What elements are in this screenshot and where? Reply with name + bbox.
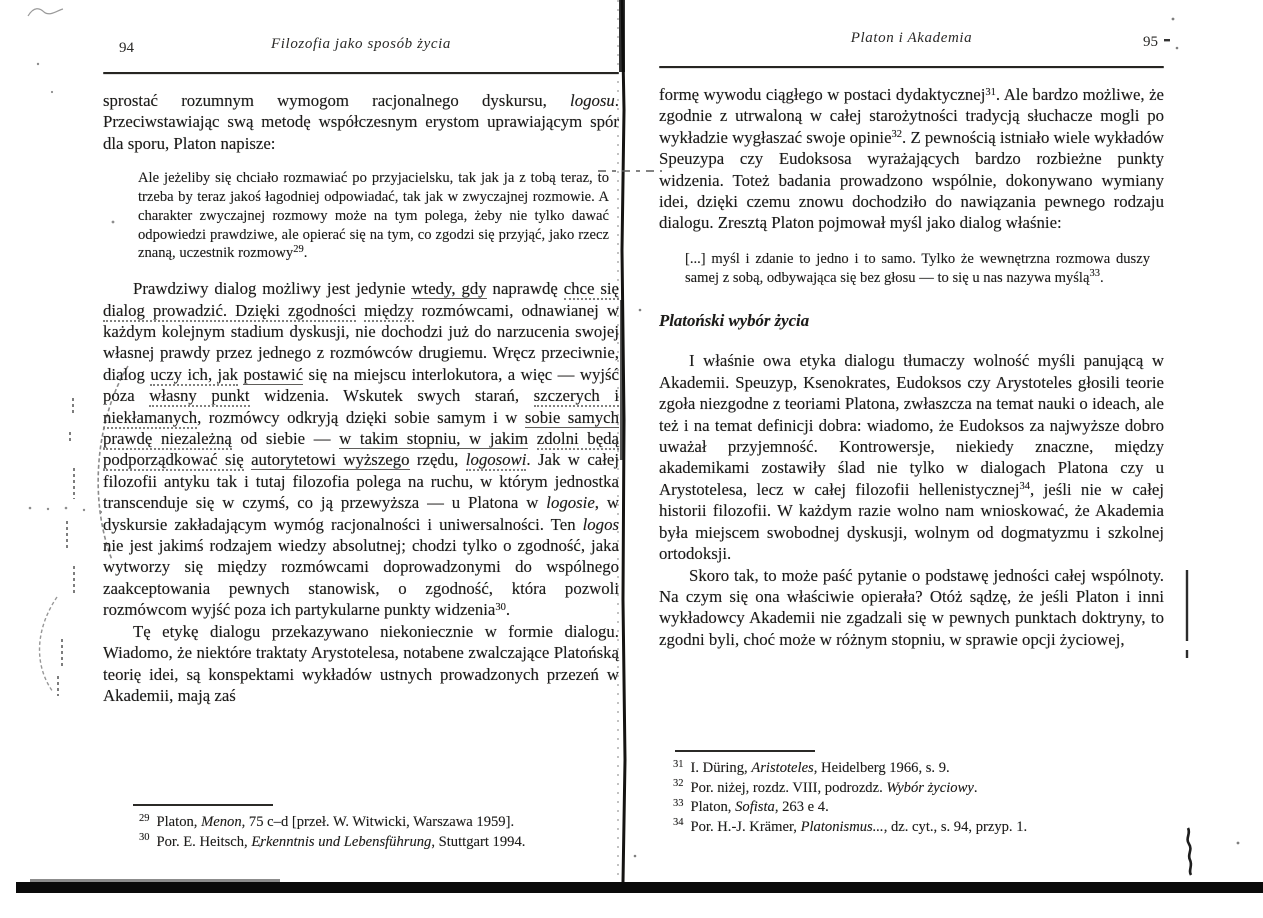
book-scan: 94 Filozofia jako sposób życia sprostać … <box>0 0 1263 918</box>
page-number-right: 95 <box>1143 34 1158 51</box>
footnote-text: Platon, Menon, 75 c–d [przeł. W. Witwick… <box>157 814 515 830</box>
right-page: Platon i Akademia 95 formę wywodu ciągłe… <box>659 30 1164 650</box>
running-header-right: Platon i Akademia <box>659 30 1164 47</box>
running-header-left: Filozofia jako sposób życia <box>103 36 619 53</box>
footnote-rule-right <box>675 750 815 752</box>
footnote-number: 30 <box>139 832 150 843</box>
page-gutter-line <box>622 0 625 882</box>
block-quote: [...] myśl i zdanie to jedno i to samo. … <box>685 250 1150 288</box>
left-page: 94 Filozofia jako sposób życia sprostać … <box>103 36 619 706</box>
paragraph: Tę etykę dialogu przekazywano niekoniecz… <box>103 621 619 707</box>
footnote-text: Por. niżej, rozdz. VIII, podrozdz. Wybór… <box>691 780 978 796</box>
page-header-right: Platon i Akademia 95 <box>659 30 1164 60</box>
footnote-text: Por. E. Heitsch, Erkenntnis und Lebensfü… <box>157 834 526 850</box>
footnote-text: Platon, Sofista, 263 e 4. <box>691 799 829 815</box>
footnote: 33Platon, Sofista, 263 e 4. <box>659 798 1164 818</box>
footnote-number: 33 <box>673 798 684 809</box>
footnote: 30Por. E. Heitsch, Erkenntnis und Lebens… <box>103 833 619 853</box>
header-rule-right <box>659 66 1164 68</box>
footnote: 34Por. H.-J. Krämer, Platonismus..., dz.… <box>659 818 1164 838</box>
footnotes-left: 29Platon, Menon, 75 c–d [przeł. W. Witwi… <box>103 804 619 852</box>
footnote: 32Por. niżej, rozdz. VIII, podrozdz. Wyb… <box>659 779 1164 799</box>
footnote: 29Platon, Menon, 75 c–d [przeł. W. Witwi… <box>103 813 619 833</box>
pencil-squiggle-top-left <box>28 9 63 16</box>
page-header-left: 94 Filozofia jako sposób życia <box>103 36 619 66</box>
footnotes-right: 31I. Düring, Aristoteles, Heidelberg 196… <box>659 750 1164 837</box>
gutter-blob-top <box>619 0 625 72</box>
right-edge-scribble <box>1188 828 1191 875</box>
gutter-blob-mid <box>620 300 624 460</box>
scan-bottom-bar <box>16 882 1263 893</box>
footnote-text: I. Düring, Aristoteles, Heidelberg 1966,… <box>691 760 950 776</box>
paragraph: Skoro tak, to może paść pytanie o podsta… <box>659 565 1164 651</box>
section-heading: Platoński wybór życia <box>659 311 1164 331</box>
pencil-dot-row <box>29 63 115 513</box>
paragraph: I właśnie owa etyka dialogu tłumaczy wol… <box>659 350 1164 564</box>
footnote-number: 34 <box>673 817 684 828</box>
pencil-brace-lower <box>40 597 57 692</box>
footnote-number: 31 <box>673 759 684 770</box>
footnote-text: Por. H.-J. Krämer, Platonismus..., dz. c… <box>691 819 1028 835</box>
footnote-number: 29 <box>139 813 150 824</box>
footnote-rule-left <box>133 804 273 806</box>
header-rule-left <box>103 72 619 74</box>
paragraph-continued: sprostać rozumnym wymogom racjonalnego d… <box>103 90 619 154</box>
block-quote: Ale jeżeliby się chciało rozmawiać po pr… <box>138 169 609 263</box>
pencil-margin-dashes <box>58 398 74 696</box>
footnote: 31I. Düring, Aristoteles, Heidelberg 196… <box>659 759 1164 779</box>
paragraph-continued: formę wywodu ciągłego w postaci dydaktyc… <box>659 84 1164 234</box>
paragraph: Prawdziwy dialog możliwy jest jedynie wt… <box>103 278 619 621</box>
scan-bottom-bar-fray <box>30 879 280 882</box>
footnote-number: 32 <box>673 778 684 789</box>
